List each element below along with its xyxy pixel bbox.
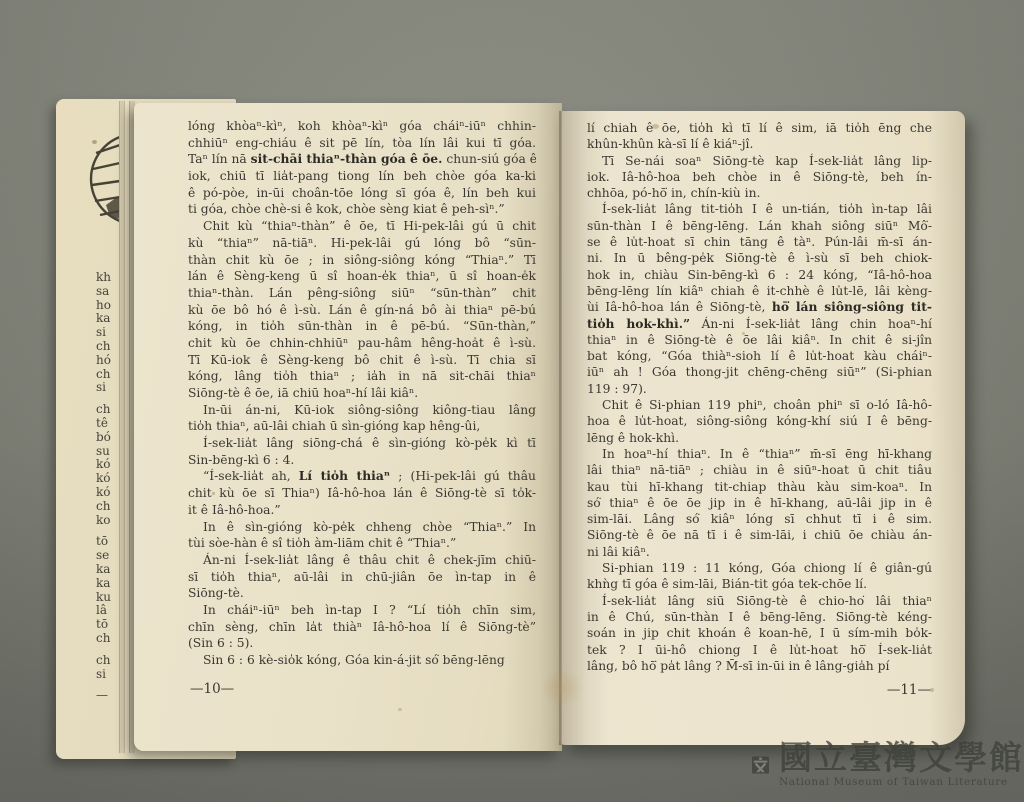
text-line: Í-sek-lia̍t lâng siōng-chá ê sìn-gióng k… [188,435,536,452]
fragment-line: bó [96,431,111,445]
text-line: sūn-thàn I ê bēng-lēng. Lán khah siông s… [587,218,932,234]
text-line: In cháiⁿ-iūⁿ beh ìn-tap I ? “Lí tio̍h ch… [188,602,536,619]
text-line: tek ? I ūi-hô chiong I ê lu̍t-hoat hō͘ Í… [587,642,932,658]
text-line: iok. Iâ-hô-hoa beh chòe in ê Siōng-tè, b… [587,169,932,185]
text-line: In hoaⁿ-hí thiaⁿ. In ê “thiaⁿ” m̄-sī ēng… [587,446,932,462]
fragment-line: ch [96,340,111,354]
text-line: Tī Kū-iok ê Sèng-keng bô chit ê ì-sù. Tī… [188,352,536,369]
text-line: chit kù ōe sī Thiaⁿ) Iâ-hô-hoa lán ê Siō… [188,485,536,502]
fragment-group: khsahokasichhóchsi [96,271,111,395]
text-line: Sin-bēng-kì 6 : 4. [188,452,536,469]
fragment-line: sa [96,285,111,299]
text-line: sī tio̍h thiaⁿ, aū-lâi in chū-jiân ōe ìn… [188,569,536,586]
page-10-number: —10— [190,681,234,697]
text-line: lâi thiaⁿ nā-tiāⁿ ; chiàu in ê siūⁿ-hoat… [587,462,932,478]
fragment-line: lâ [96,604,111,618]
text-line: thiaⁿ-thàn. Lán pêng-siông siūⁿ “sūn-thà… [188,285,536,302]
text-line: tio̍h hok-khì.” Án-ni Í-sek-lia̍t lâng c… [587,316,932,332]
text-line: chhōa, pó-hō͘ in, chín-kiù in. [587,185,932,201]
fragment-line: ka [96,312,111,326]
page-11-text: lí chiah ê ōe, tio̍h kì tī lí ê sim, iā … [587,120,932,674]
text-line: thàn chit kù ōe ; in siông-siông kóng “T… [188,252,536,269]
text-line: khǹg tī góa ê sim-lāi, Bián-tit góa tek-… [587,576,932,592]
museum-name-chinese: 國立臺灣文學館 [779,740,1024,776]
text-line: In-ūi án-ni, Kū-iok siông-siông kiông-ti… [188,402,536,419]
fragment-line: ch [96,500,111,514]
text-line: tùi sòe-hàn ê sî tio̍h àm-liām chit ê “T… [188,535,536,552]
text-line: Í-sek-lia̍t lâng siū Siōng-tè ê chio-ho͘… [587,593,932,609]
fragment-line: ch [96,654,111,668]
fragment-line: ko [96,514,111,528]
text-line: hok in, chiàu Sin-bēng-kì 6 : 24 kóng, “… [587,267,932,283]
fragment-line: si [96,326,111,340]
page-11-number: —11— [887,682,931,698]
fragment-line: tê [96,417,111,431]
text-line: ni lâi kiâⁿ. [587,544,932,560]
text-line: iok, chiū tī lia̍t-pang tiong lín beh ch… [188,168,536,185]
text-line: thiaⁿ in ê Siōng-tè ê ōe lâi kiâⁿ. In ch… [587,332,932,348]
fragment-line: tō [96,618,111,632]
text-line: só͘ thiaⁿ ê ōe ōe jip in ê hī-khang, aū-… [587,495,932,511]
fragment-line: kh [96,271,111,285]
text-line: Taⁿ lín nā sit-chāi thiaⁿ-thàn góa ê ōe.… [188,151,536,168]
text-line: lâng, bô hō͘ pa̍t lâng ? M̄-sī in-ūi in … [587,658,932,674]
fragment-line: ch [96,403,111,417]
text-line: tio̍h thiaⁿ, aū-lâi chiah ū sìn-gióng ka… [188,418,536,435]
text-line: “Í-sek-lia̍t ah, Lí tio̍h thiaⁿ ; (Hi-pe… [188,468,536,485]
text-line: chhiūⁿ eng-chiáu ê sit pē lín, tòa lín l… [188,135,536,152]
text-line: Siōng-tè ê ōe nā tī i ê sim-lāi, i chiū … [587,527,932,543]
fragment-line: su [96,445,111,459]
text-line: bat kóng, “Góa thiàⁿ-sioh lí ê lu̍t-hoat… [587,348,932,364]
fragment-line: ku [96,591,111,605]
fragment-line: tō [96,535,111,549]
text-line: bēng-lēng lín kiâⁿ chiah ê it-chhè ê lu̍… [587,283,932,299]
page-10: lóng khòaⁿ-kìⁿ, koh khòaⁿ-kìⁿ góa cháiⁿ-… [134,103,562,751]
text-line: (Sin 6 : 5). [188,635,536,652]
text-line: Si-phian 119 : 11 kóng, Góa chiong lí ê … [587,560,932,576]
text-line: lēng ê hok-khì. [587,430,932,446]
fragment-group: — [96,689,111,703]
text-line: In ê sìn-gióng kò-pe̍k chheng chòe “Thia… [188,519,536,536]
text-line: Sin 6 : 6 kè-sio̍k kóng, Góa kin-á-jit s… [188,652,536,669]
fragment-line: ch [96,368,111,382]
text-line: Siōng-tè ê ōe, iā chiū hoaⁿ-hí lâi kiâⁿ. [188,385,536,402]
text-line: Chit ê Si-phian 119 phiⁿ, choân phiⁿ sī … [587,397,932,413]
text-line: kóng, lâng tio̍h thiaⁿ ; ia̍h in nā sit-… [188,368,536,385]
fragment-group: chtêbósukókókóchko [96,403,111,527]
book-scan-photo: khsahokasichhóchsichtêbósukókókóchkotōse… [0,0,1024,802]
text-line: 119 : 97). [587,381,932,397]
text-line: se ê lu̍t-hoat sī chin tāng ê tàⁿ. Pún-l… [587,234,932,250]
fragment-line: se [96,549,111,563]
text-line: Siōng-tè. [188,585,536,602]
text-line: kóng, in tio̍h sūn-thàn in ê pē-bú. “Sūn… [188,318,536,335]
fragment-line: — [96,689,111,703]
text-line: kau tùi hī-khang tit-chiap thàu kàu sim-… [587,479,932,495]
text-line: Án-ni Í-sek-lia̍t lâng ê thâu chit ê che… [188,552,536,569]
fragment-line: kó [96,472,111,486]
museum-logo-icon [752,740,769,790]
page-10-text: lóng khòaⁿ-kìⁿ, koh khòaⁿ-kìⁿ góa cháiⁿ-… [188,118,536,669]
text-line: sim-lāi. Lâng só͘ kiâⁿ lóng sī chhut tī … [587,511,932,527]
museum-name-english: National Museum of Taiwan Literature [779,776,1024,788]
under-page-text-fragments: khsahokasichhóchsichtêbósukókókóchkotōse… [96,271,111,711]
fragment-line: ka [96,577,111,591]
text-line: chīn sèng, chīn la̍t thiàⁿ Iâ-hô-hoa lí … [188,619,536,636]
text-line: lán ê Sèng-keng ū sî hoan-e̍k thiaⁿ, ū s… [188,268,536,285]
text-line: iūⁿ ah ! Góa thong-jit chēng-chēng siūⁿ”… [587,364,932,380]
text-line: hoa ê lu̍t-hoat, siông-siông kóng-khí si… [587,413,932,429]
fragment-line: ho [96,299,111,313]
text-line: in ê Chú, sūn-thàn I ê bēng-lēng. Siōng-… [587,609,932,625]
text-line: khûn-khûn kà-sī lí ê kiáⁿ-jî. [587,136,932,152]
text-line: lóng khòaⁿ-kìⁿ, koh khòaⁿ-kìⁿ góa cháiⁿ-… [188,118,536,135]
text-line: Í-sek-lia̍t lâng tit-tio̍h I ê un-tián, … [587,201,932,217]
fragment-line: ka [96,563,111,577]
text-line: Chit kù “thiaⁿ-thàn” ê ōe, tī Hi-pek-lâi… [188,218,536,235]
fragment-line: kó [96,458,111,472]
museum-watermark: 國立臺灣文學館 National Museum of Taiwan Litera… [752,740,1024,802]
fragment-group: tōsekakakulâtōch [96,535,111,645]
text-line: Tī Se-nái soaⁿ Siōng-tè kap Í-sek-lia̍t … [587,153,932,169]
page-11: lí chiah ê ōe, tio̍h kì tī lí ê sim, iā … [559,111,965,745]
text-line: kù ōe bô hó ê ì-sù. Lán ê gín-ná bô ài t… [188,302,536,319]
fragment-group: chsi [96,654,111,682]
text-line: ti góa, chòe chè-si ê kok, chòe sèng kia… [188,201,536,218]
text-line: kù “thiaⁿ” nā-tiāⁿ. Hi-pek-lâi gú lóng b… [188,235,536,252]
fragment-line: ch [96,632,111,646]
text-line: lí chiah ê ōe, tio̍h kì tī lí ê sim, iā … [587,120,932,136]
fragment-line: si [96,381,111,395]
text-line: ê pó-pòe, in-ūi choân-tōe lóng sī góa ê,… [188,185,536,202]
text-line: ùi Iâ-hô-hoa lán ê Siōng-tè, hō͘ lán siô… [587,299,932,315]
text-line: ni. In ū bêng-pe̍k Siōng-tè ê ì-sù sī be… [587,250,932,266]
fragment-line: hó [96,354,111,368]
fragment-line: kó [96,486,111,500]
text-line: soán in jip chit khoán ê koan-hē, I ū sí… [587,625,932,641]
fragment-line: si [96,668,111,682]
text-line: chit kù ōe chhin-chhiūⁿ pau-hâm hêng-hoa… [188,335,536,352]
text-line: it ê Iâ-hô-hoa.” [188,502,536,519]
